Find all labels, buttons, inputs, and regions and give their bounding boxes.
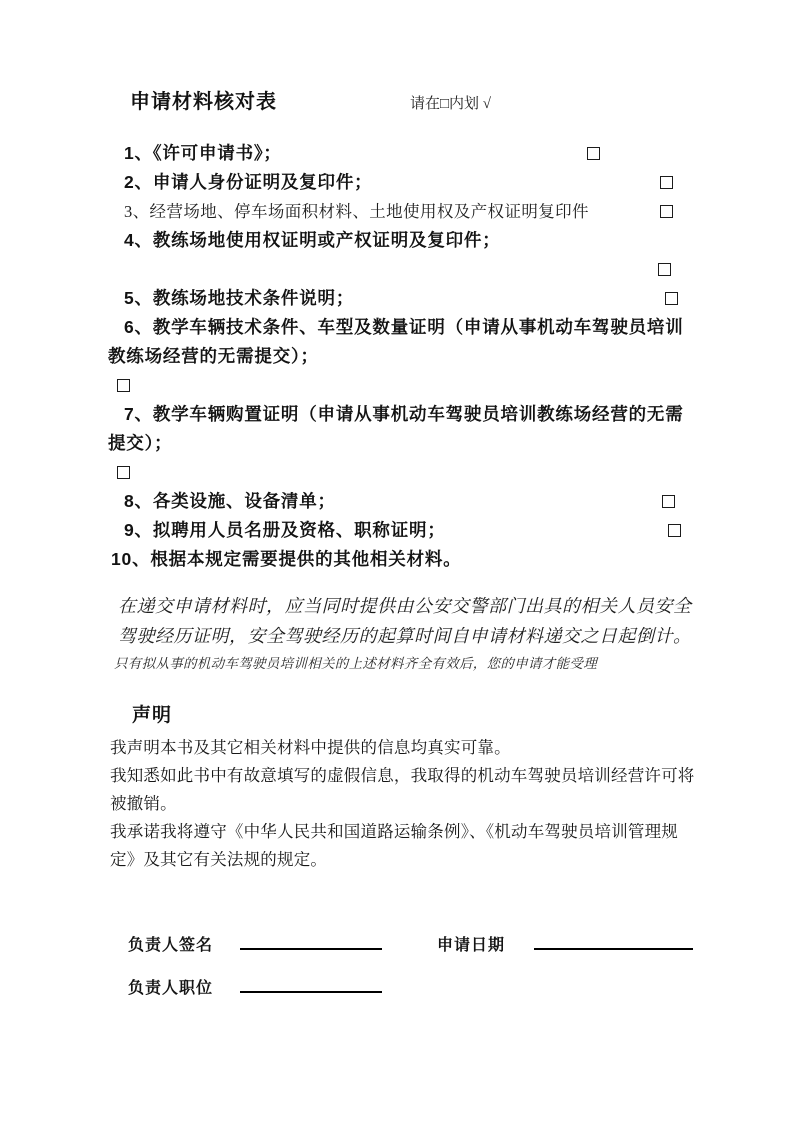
checklist: 1、《许可申请书》； 2、申请人身份证明及复印件； 3、经营场地、停车场面积材料… <box>108 139 696 574</box>
item-8-label: 8、各类设施、设备清单； <box>108 487 696 516</box>
date-line[interactable] <box>534 948 693 950</box>
item-1-label: 1、《许可申请书》； <box>108 139 696 168</box>
checklist-item-1: 1、《许可申请书》； <box>108 139 696 168</box>
item-3-checkbox[interactable] <box>660 205 673 218</box>
item-2-label: 2、申请人身份证明及复印件； <box>108 168 696 197</box>
checklist-item-2: 2、申请人身份证明及复印件； <box>108 168 696 197</box>
declaration-paragraph-1: 我声明本书及其它相关材料中提供的信息均真实可靠。 <box>110 734 698 762</box>
declaration-paragraph-2: 我知悉如此书中有故意填写的虚假信息，我取得的机动车驾驶员培训经营许可将被撤销。 <box>110 762 698 818</box>
item-5-checkbox[interactable] <box>665 292 678 305</box>
declaration-body: 我声明本书及其它相关材料中提供的信息均真实可靠。 我知悉如此书中有故意填写的虚假… <box>110 734 698 874</box>
declaration-heading: 声明 <box>132 700 172 727</box>
checklist-item-4: 4、教练场地使用权证明或产权证明及复印件； <box>108 226 696 255</box>
position-line[interactable] <box>240 991 382 993</box>
declaration-paragraph-3: 我承诺我将遵守《中华人民共和国道路运输条例》、《机动车驾驶员培训管理规定》及其它… <box>110 818 698 874</box>
item-10-label: 10、根据本规定需要提供的其他相关材料。 <box>108 545 696 574</box>
checklist-item-7: 7、教学车辆购置证明（申请从事机动车驾驶员培训教练场经营的无需提交）； <box>108 400 696 458</box>
item-8-checkbox[interactable] <box>662 495 675 508</box>
checklist-item-3: 3、经营场地、停车场面积材料、土地使用权及产权证明复印件 <box>108 197 696 226</box>
item-2-checkbox[interactable] <box>660 176 673 189</box>
safety-note: 在递交申请材料时，应当同时提供由公安交警部门出具的相关人员安全驾驶经历证明，安全… <box>118 591 696 651</box>
item-9-label: 9、拟聘用人员名册及资格、职称证明； <box>108 516 696 545</box>
checklist-item-7-checkbox-row <box>108 458 696 487</box>
checklist-item-4-checkbox-row <box>108 255 696 284</box>
item-7-label: 7、教学车辆购置证明（申请从事机动车驾驶员培训教练场经营的无需提交）； <box>108 400 696 458</box>
item-4-label: 4、教练场地使用权证明或产权证明及复印件； <box>108 226 696 255</box>
item-1-checkbox[interactable] <box>587 147 600 160</box>
document-page: 申请材料核对表 请在□内划 √ 1、《许可申请书》； 2、申请人身份证明及复印件… <box>0 0 793 1122</box>
checklist-item-10: 10、根据本规定需要提供的其他相关材料。 <box>108 545 696 574</box>
item-4-checkbox[interactable] <box>658 263 671 276</box>
item-6-label: 6、教学车辆技术条件、车型及数量证明（申请从事机动车驾驶员培训教练场经营的无需提… <box>108 313 696 371</box>
signer-signature-line[interactable] <box>240 948 382 950</box>
signer-label: 负责人签名 <box>128 932 213 955</box>
item-9-checkbox[interactable] <box>668 524 681 537</box>
item-6-checkbox[interactable] <box>117 379 130 392</box>
checklist-item-9: 9、拟聘用人员名册及资格、职称证明； <box>108 516 696 545</box>
position-label: 负责人职位 <box>128 975 213 998</box>
page-title: 申请材料核对表 <box>130 85 277 114</box>
acceptance-note: 只有拟从事的机动车驾驶员培训相关的上述材料齐全有效后，您的申请才能受理 <box>114 652 674 672</box>
checklist-item-8: 8、各类设施、设备清单； <box>108 487 696 516</box>
checklist-item-5: 5、教练场地技术条件说明； <box>108 284 696 313</box>
checkbox-hint: 请在□内划 √ <box>410 92 491 113</box>
checklist-item-6: 6、教学车辆技术条件、车型及数量证明（申请从事机动车驾驶员培训教练场经营的无需提… <box>108 313 696 371</box>
item-5-label: 5、教练场地技术条件说明； <box>108 284 696 313</box>
date-label: 申请日期 <box>437 932 505 955</box>
checklist-item-6-checkbox-row <box>108 371 696 400</box>
item-3-label: 3、经营场地、停车场面积材料、土地使用权及产权证明复印件 <box>108 197 696 226</box>
item-7-checkbox[interactable] <box>117 466 130 479</box>
